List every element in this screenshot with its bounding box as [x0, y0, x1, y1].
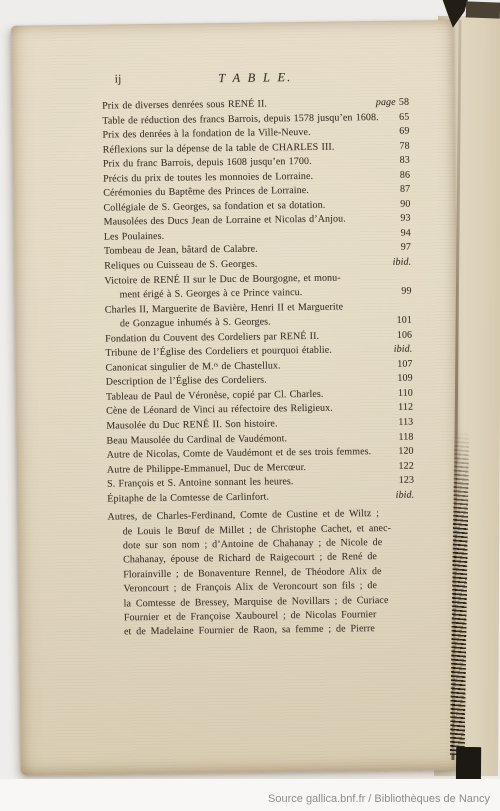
toc-page-number: 94: [394, 226, 410, 241]
toc-page-number: 86: [394, 168, 410, 183]
toc-row: Épitaphe de la Comtesse de Carlinfort.ib…: [107, 488, 414, 507]
toc-entry-text: Cène de Léonard de Vinci au réfectoire d…: [106, 402, 333, 420]
toc-entry-text: et de Madelaine Fournier de Raon, sa fem…: [109, 623, 375, 641]
toc-page-number: page 58: [370, 96, 409, 111]
toc-page-number: 106: [391, 328, 413, 343]
toc-page-number: 112: [392, 401, 413, 416]
page-header: ij T A B L E.: [102, 69, 409, 100]
toc-page-number: 107: [391, 357, 413, 372]
toc-entry-text: Victoire de RENÉ II sur le Duc de Bourgo…: [104, 271, 340, 289]
toc-entry-text: Les Poulaines.: [104, 230, 165, 245]
page-word: page: [376, 97, 399, 108]
toc-entry-text: Charles II, Marguerite de Bavière, Henri…: [105, 300, 344, 318]
toc-page-number: 101: [391, 314, 413, 329]
toc-page-number: ibid.: [387, 256, 412, 271]
page-title: T A B L E.: [102, 69, 409, 88]
toc-page-number: ibid.: [390, 488, 415, 503]
toc-page-number: 65: [393, 110, 409, 125]
footer-band: Source gallica.bnf.fr / Bibliothèques de…: [0, 779, 500, 811]
toc-entries: Prix de diverses denrées sous RENÉ II.pa…: [102, 96, 416, 641]
toc-page-number: 93: [394, 212, 410, 227]
toc-page-number: 87: [394, 183, 410, 198]
toc-page-number: 69: [393, 125, 409, 140]
toc-page-number: 120: [392, 445, 414, 460]
toc-page-number: 113: [392, 416, 413, 431]
toc-page-number: 83: [394, 154, 410, 169]
toc-page-number: 97: [395, 241, 411, 256]
toc-page-number: 123: [393, 474, 415, 489]
toc-page-number: 122: [392, 459, 414, 474]
toc-page-number: 118: [392, 430, 413, 445]
toc-page-number: 78: [393, 139, 409, 154]
scan-background: ij T A B L E. Prix de diverses denrées s…: [0, 0, 500, 811]
toc-row: et de Madelaine Fournier de Raon, sa fem…: [109, 622, 416, 640]
page-content: ij T A B L E. Prix de diverses denrées s…: [102, 69, 416, 641]
toc-page-number: 109: [391, 372, 413, 387]
toc-page-number: 110: [392, 386, 413, 401]
book-page: ij T A B L E. Prix de diverses denrées s…: [11, 20, 463, 776]
toc-page-number: ibid.: [388, 343, 413, 358]
toc-entry-text: Tribune de l’Église des Cordeliers et po…: [105, 344, 332, 362]
toc-page-number: 90: [394, 197, 410, 212]
toc-entry-text: Épitaphe de la Comtesse de Carlinfort.: [107, 490, 269, 507]
toc-page-number: 99: [395, 285, 411, 300]
source-attribution: Source gallica.bnf.fr / Bibliothèques de…: [268, 793, 490, 805]
cover-edge-top: [466, 1, 500, 18]
